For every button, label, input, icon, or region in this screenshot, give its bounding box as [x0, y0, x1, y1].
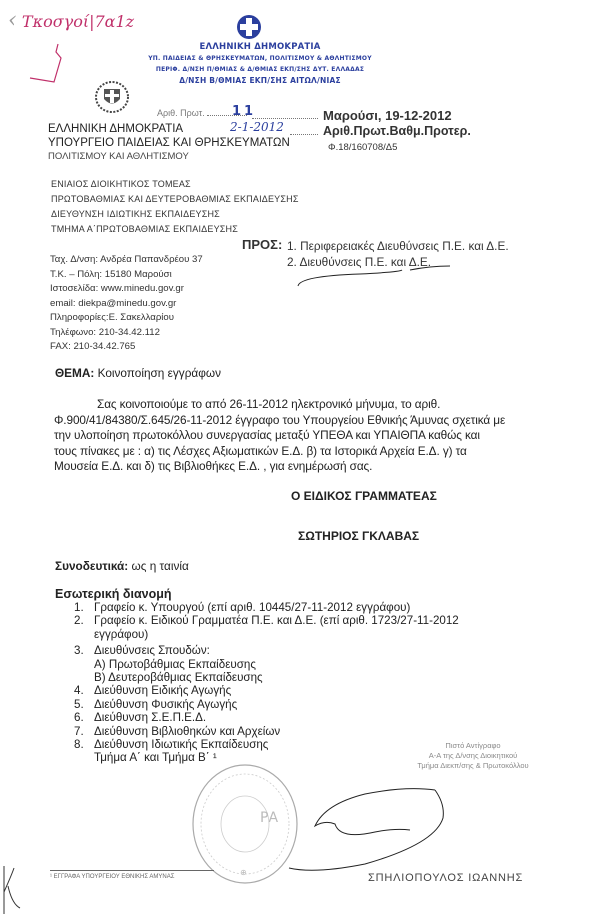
list-item: 1.Γραφείο κ. Υπουργού (επί αριθ. 10445/2… — [74, 601, 459, 614]
list-item-cont: Β) Δευτεροβάθμιας Εκπαίδευσης — [74, 671, 459, 684]
sender-header: ΕΛΛΗΝΙΚΗ ΔΗΜΟΚΡΑΤΙΑ ΥΠΟΥΡΓΕΙΟ ΠΑΙΔΕΙΑΣ Κ… — [48, 122, 290, 164]
handwritten-underline — [290, 262, 460, 292]
list-item: 5.Διεύθυνση Φυσικής Αγωγής — [74, 698, 459, 711]
handwritten-initials — [0, 864, 24, 916]
protocol-number-value: 11 — [232, 104, 256, 119]
official-round-seal-icon: ΡΑ ⊕ — [190, 762, 300, 887]
subject: ΘΕΜΑ: Κοινοποίηση εγγράφων — [55, 366, 221, 382]
list-item: 4.Διεύθυνση Ειδικής Αγωγής — [74, 684, 459, 697]
greek-emblem-stamp-icon — [236, 14, 262, 40]
handwritten-bracket: ‹ — [8, 8, 17, 33]
handwritten-signature — [285, 784, 455, 884]
list-item-cont: εγγράφου) — [74, 628, 459, 641]
reference-number: Φ.18/160708/Δ5 — [328, 142, 397, 153]
list-item: 6.Διεύθυνση Σ.Ε.Π.Ε.Δ. — [74, 711, 459, 724]
recipient-item: 1. Περιφερειακές Διευθύνσεις Π.Ε. και Δ.… — [287, 239, 509, 253]
signature-name: ΣΩΤΗΡΙΟΣ ΓΚΛΑΒΑΣ — [298, 529, 419, 545]
certified-copy-signer: ΣΠΗΛΙΟΠΟΥΛΟΣ ΙΩΑΝΝΗΣ — [368, 872, 523, 884]
footnote: ¹ ΕΓΓΡΑΦΑ ΥΠΟΥΡΓΕΙΟΥ ΕΘΝΙΚΗΣ ΑΜΥΝΑΣ — [50, 874, 174, 880]
sender-units: ΕΝΙΑΙΟΣ ΔΙΟΙΚΗΤΙΚΟΣ ΤΟΜΕΑΣ ΠΡΩΤΟΒΑΘΜΙΑΣ … — [51, 177, 299, 237]
list-item: 2.Γραφείο κ. Ειδικού Γραμματέα Π.Ε. και … — [74, 614, 459, 627]
handwritten-note: ‹ Τκοσγοί|7α1z — [8, 8, 134, 33]
priority-ref-label: Αριθ.Πρωτ.Βαθμ.Προτερ. — [323, 124, 471, 138]
certified-copy-stamp: Πιστό Αντίγραφο Α-Α της Δ/νσης Διοικητικ… — [398, 741, 548, 771]
contact-info: Ταχ. Δ/νση: Ανδρέα Παπανδρέου 37 Τ.Κ. – … — [50, 253, 203, 355]
handwritten-check-mark — [28, 40, 68, 100]
list-item: 3.Διευθύνσεις Σπουδών: — [74, 644, 459, 657]
received-stamp: ΕΛΛΗΝΙΚΗ ΔΗΜΟΚΡΑΤΙΑ ΥΠ. ΠΑΙΔΕΙΑΣ & ΘΡΗΣΚ… — [148, 42, 372, 86]
greek-state-emblem-icon — [94, 80, 130, 114]
email-link[interactable]: email: diekpa@minedu.gov.gr — [50, 297, 203, 312]
list-item-cont: Α) Πρωτοβάθμιας Εκπαίδευσης — [74, 658, 459, 671]
signature-title: Ο ΕΙΔΙΚΟΣ ΓΡΑΜΜΑΤΕΑΣ — [291, 489, 437, 505]
website-link[interactable]: Ιστοσελίδα: www.minedu.gov.gr — [50, 282, 203, 297]
list-item: 7.Διεύθυνση Βιβλιοθηκών και Αρχείων — [74, 725, 459, 738]
svg-text:ΡΑ: ΡΑ — [260, 810, 278, 826]
svg-text:⊕: ⊕ — [240, 868, 247, 877]
footnote-divider — [50, 870, 214, 871]
place-date: Μαρούσι, 19-12-2012 — [323, 108, 452, 123]
protocol-dots — [252, 118, 318, 119]
body-text: Σας κοινοποιούμε το από 26-11-2012 ηλεκτ… — [54, 397, 505, 475]
recipients-label: ΠΡΟΣ: — [242, 237, 282, 252]
protocol-date-dots — [290, 134, 318, 135]
attachments: Συνοδευτικά: ως η ταινία — [55, 559, 189, 575]
